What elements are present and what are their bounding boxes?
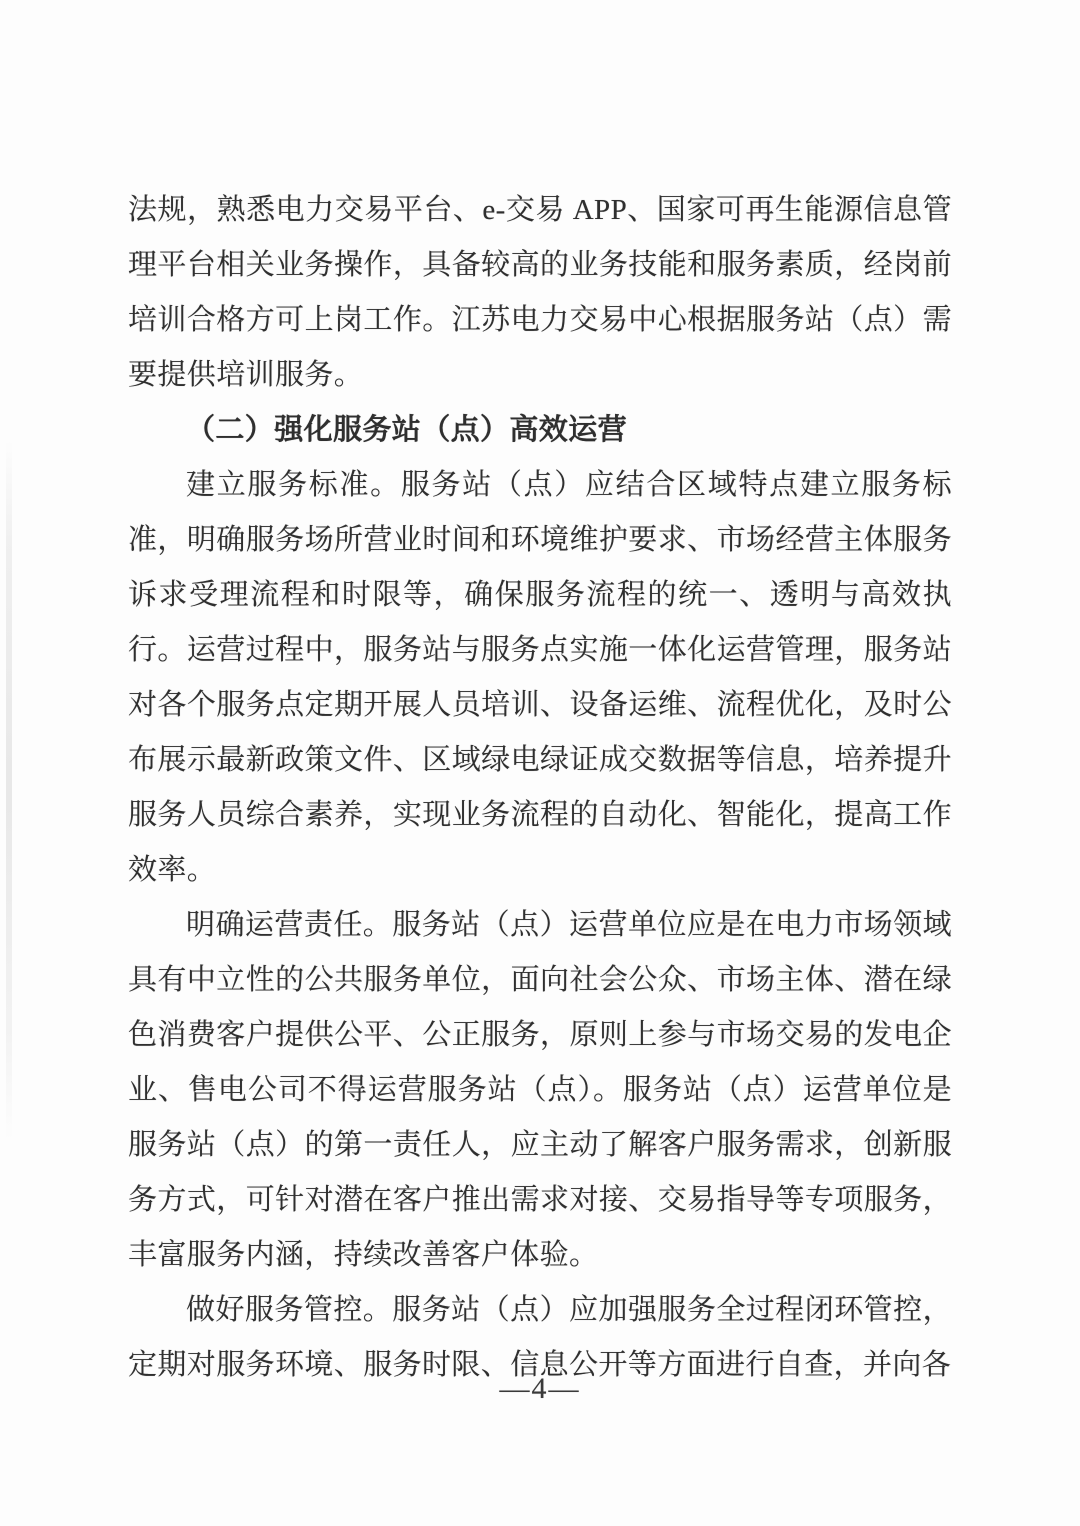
paragraph-operation-responsibility: 明确运营责任。服务站（点）运营单位应是在电力市场领域具有中立性的公共服务单位，面… — [128, 898, 952, 1283]
document-body: 法规，熟悉电力交易平台、e-交易 APP、国家可再生能源信息管理平台相关业务操作… — [128, 183, 952, 1393]
scan-artifact-left-edge — [6, 440, 12, 1140]
paragraph-continuation: 法规，熟悉电力交易平台、e-交易 APP、国家可再生能源信息管理平台相关业务操作… — [128, 183, 952, 403]
section-heading: （二）强化服务站（点）高效运营 — [128, 403, 952, 458]
document-page: { "page": { "paragraphs": [ { "type": "b… — [0, 0, 1080, 1526]
page-number: —4— — [0, 1372, 1080, 1406]
paragraph-service-standards: 建立服务标准。服务站（点）应结合区域特点建立服务标准，明确服务场所营业时间和环境… — [128, 458, 952, 898]
